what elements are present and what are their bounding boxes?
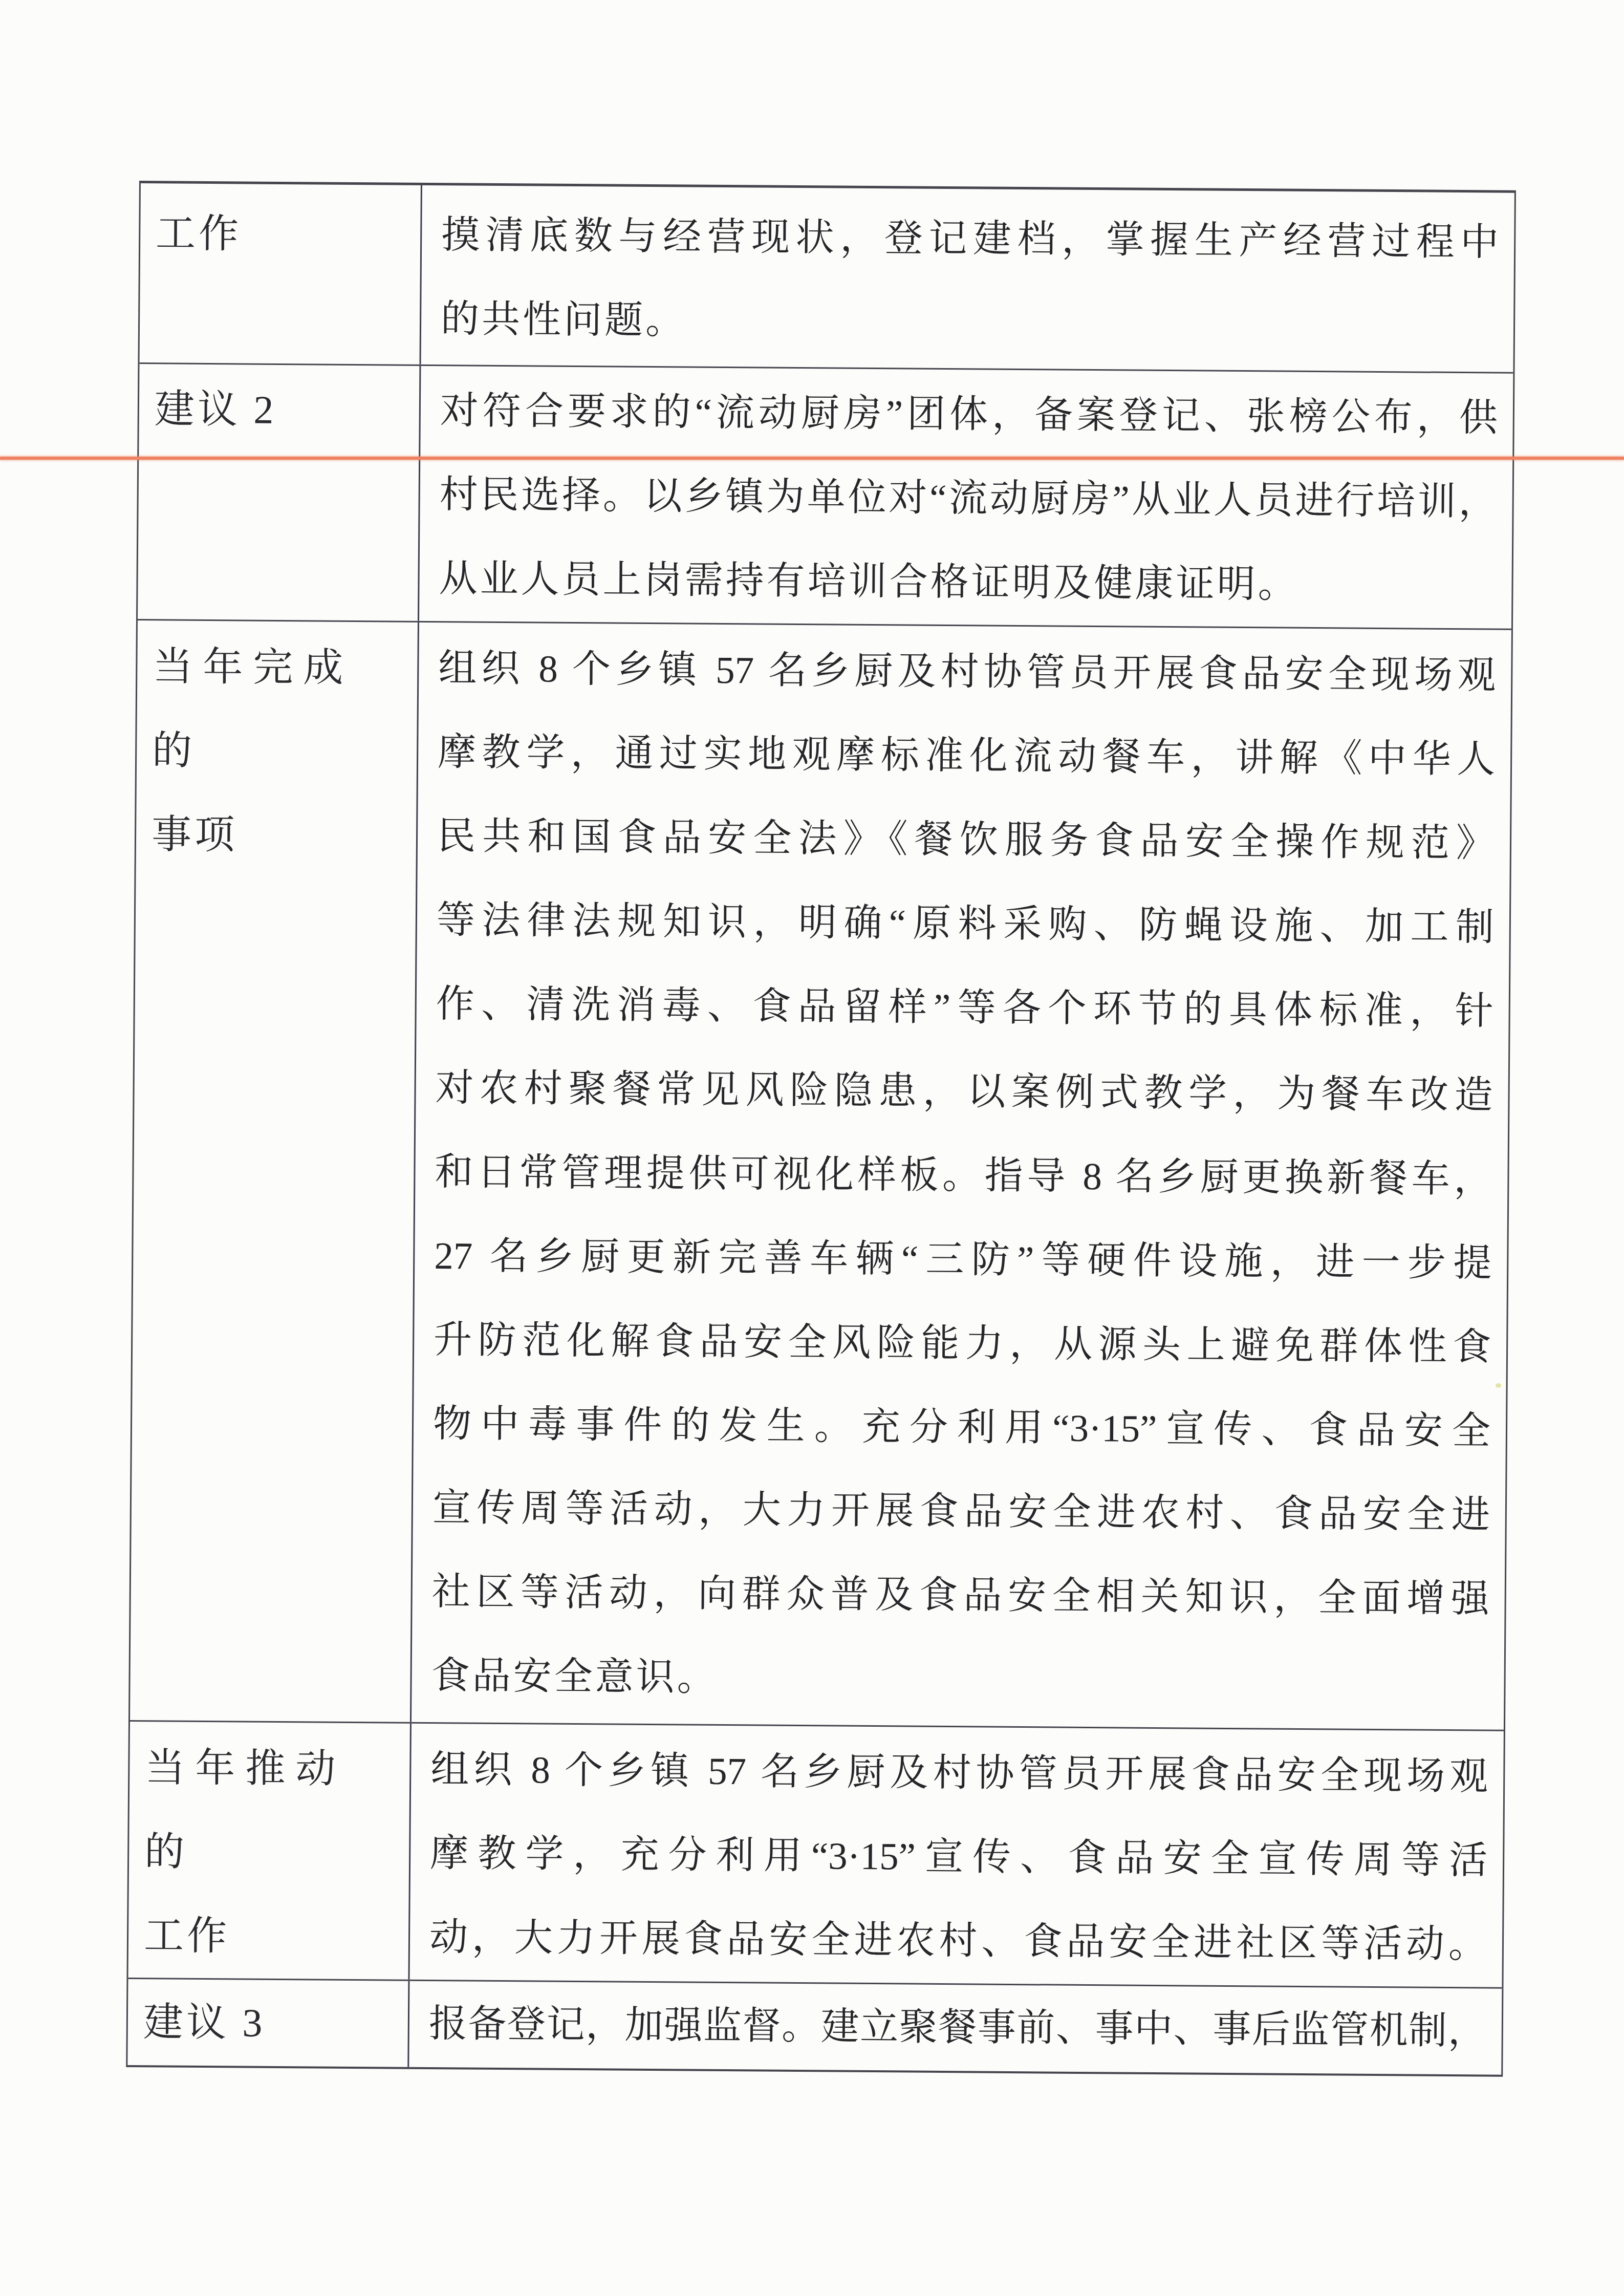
row-label: 建议 2 [154,367,397,453]
table-row: 建议 2 对符合要求的“流动厨房”团体，备案登记、张榜公布，供 村民选择。以乡镇… [138,364,1513,630]
content-line: 动，大力开展食品安全进农村、食品安全进社区等活动。 [429,1896,1487,1987]
content-line: 物中毒事件的发生。充分利用“3·15”宣传、食品安全 [432,1382,1490,1473]
table-row: 工作 摸清底数与经营现状，登记建档，掌握生产经营过程中 的共性问题。 [140,183,1514,374]
row-label: 当年推动的 [144,1726,387,1895]
content-line: 从业人员上岗需持有培训合格证明及健康证明。 [439,537,1497,628]
red-scan-line-artifact [0,457,1624,460]
content-line: 作、清洗消毒、食品留样”等各个环节的具体标准，针 [436,962,1493,1054]
content-line: 的共性问题。 [441,277,1499,369]
row-label-cell: 当年完成的 事项 [130,620,419,1722]
content-line: 社区等活动，向群众普及食品安全相关知识，全面增强 [431,1550,1489,1641]
row-label: 建议 3 [143,1980,385,2066]
content-line: 组织 8 个乡镇 57 名乡厨及村协管员开展食品安全现场观 [438,627,1496,718]
row-content-cell: 报备登记，加强监督。建立聚餐事前、事中、事后监管机制， [409,1981,1502,2075]
table-row: 建议 3 报备登记，加强监督。建立聚餐事前、事中、事后监管机制， [127,1979,1502,2075]
content-line: 食品安全意识。 [431,1634,1489,1725]
content-line: 组织 8 个乡镇 57 名乡厨及村协管员开展食品安全现场观 [430,1728,1488,1819]
content-line: 27 名乡厨更新完善车辆“三防”等硬件设施，进一步提 [434,1214,1492,1305]
table-row: 当年完成的 事项 组织 8 个乡镇 57 名乡厨及村协管员开展食品安全现场观 摩… [130,620,1511,1731]
content-line: 村民选择。以乡镇为单位对“流动厨房”从业人员进行培训， [439,453,1497,544]
row-label: 事项 [151,792,394,878]
content-line: 升防范化解食品安全风险能力，从源头上避免群体性食 [434,1298,1491,1389]
content-line: 报备登记，加强监督。建立聚餐事前、事中、事后监管机制， [428,1982,1486,2073]
table-row: 当年推动的 工作 组织 8 个乡镇 57 名乡厨及村协管员开展食品安全现场观 摩… [128,1722,1503,1989]
row-content-cell: 组织 8 个乡镇 57 名乡厨及村协管员开展食品安全现场观 摩教学，通过实地观摩… [412,623,1511,1730]
row-label: 工作 [156,191,398,277]
content-line: 和日常管理提供可视化样板。指导 8 名乡厨更换新餐车， [435,1130,1492,1221]
content-line: 宣传周等活动，大力开展食品安全进农村、食品安全进 [432,1466,1490,1557]
row-content-cell: 摸清底数与经营现状，登记建档，掌握生产经营过程中 的共性问题。 [421,185,1514,372]
row-label: 当年完成的 [152,625,395,794]
row-label-cell: 建议 3 [127,1979,409,2067]
row-content-cell: 对符合要求的“流动厨房”团体，备案登记、张榜公布，供 村民选择。以乡镇为单位对“… [419,366,1513,629]
content-line: 摩教学，通过实地观摩标准化流动餐车，讲解《中华人 [438,711,1496,802]
content-line: 摸清底数与经营现状，登记建档，掌握生产经营过程中 [441,194,1499,285]
scan-speck-artifact [1496,1383,1501,1388]
content-line: 等法律法规知识，明确“原料采购、防蝇设施、加工制 [436,878,1494,970]
content-line: 民共和国食品安全法》《餐饮服务食品安全操作规范》 [437,795,1495,886]
row-label: 工作 [143,1894,386,1979]
content-line: 对符合要求的“流动厨房”团体，备案登记、张榜公布，供 [440,369,1498,460]
scanned-document-page: 工作 摸清底数与经营现状，登记建档，掌握生产经营过程中 的共性问题。 建议 2 … [0,0,1624,2296]
row-label-cell: 建议 2 [138,364,421,621]
row-label-cell: 工作 [140,183,422,364]
content-line: 摩教学，充分利用“3·15”宣传、食品安全宣传周等活 [430,1812,1488,1903]
content-line: 对农村聚餐常见风险隐患，以案例式教学，为餐车改造 [435,1046,1493,1138]
document-table: 工作 摸清底数与经营现状，登记建档，掌握生产经营过程中 的共性问题。 建议 2 … [126,181,1516,2077]
row-label-cell: 当年推动的 工作 [128,1722,411,1980]
row-content-cell: 组织 8 个乡镇 57 名乡厨及村协管员开展食品安全现场观 摩教学，充分利用“3… [409,1724,1503,1987]
